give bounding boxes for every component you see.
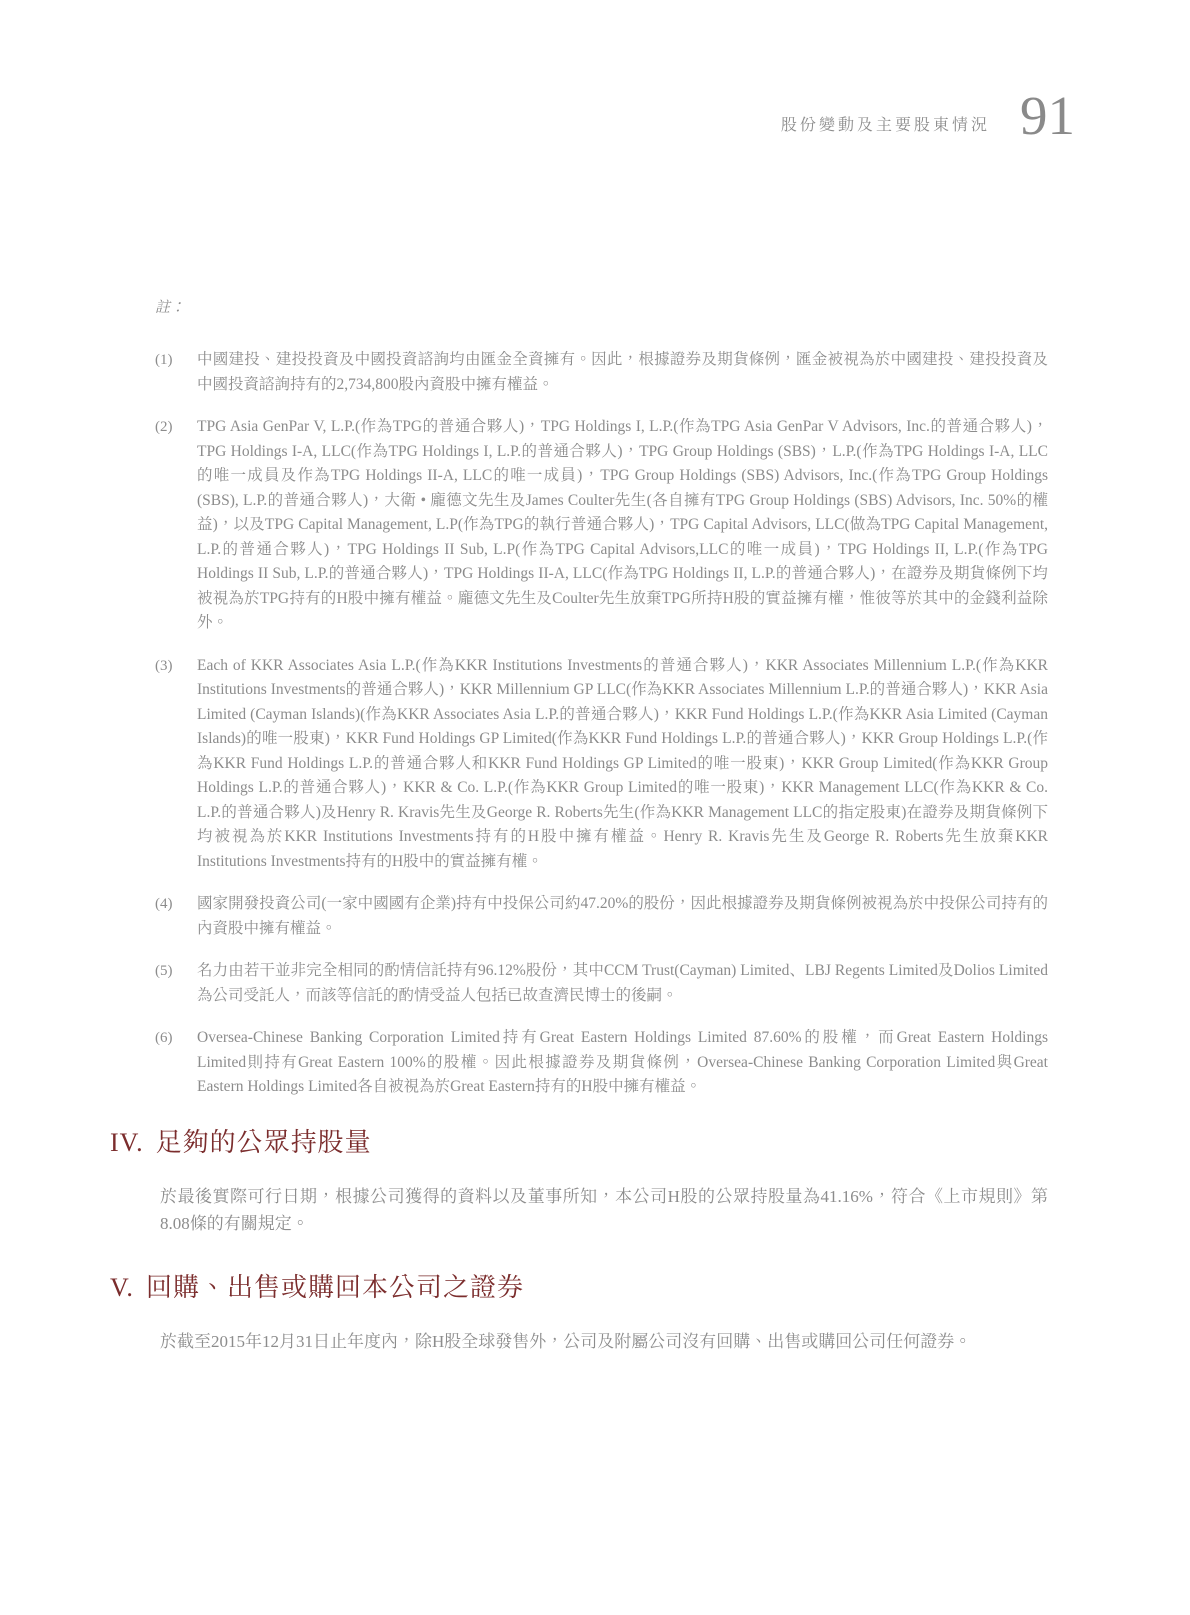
note-number: (4) <box>155 892 197 941</box>
note-number: (1) <box>155 348 197 397</box>
note-item-1: (1) 中國建投、建投投資及中國投資諮詢均由匯金全資擁有。因此，根據證券及期貨條… <box>155 348 1048 397</box>
section-repurchase: V. 回購、出售或購回本公司之證券 於截至2015年12月31日止年度內，除H股… <box>110 1267 1048 1355</box>
page-content: 註： (1) 中國建投、建投投資及中國投資諮詢均由匯金全資擁有。因此，根據證券及… <box>110 296 1048 1385</box>
page-header: 股份變動及主要股東情況 91 <box>781 88 1075 143</box>
note-text: Each of KKR Associates Asia L.P.(作為KKR I… <box>197 654 1048 875</box>
note-item-2: (2) TPG Asia GenPar V, L.P.(作為TPG的普通合夥人)… <box>155 415 1048 636</box>
note-text: 國家開發投資公司(一家中國國有企業)持有中投保公司約47.20%的股份，因此根據… <box>197 892 1048 941</box>
note-item-6: (6) Oversea-Chinese Banking Corporation … <box>155 1026 1048 1100</box>
note-text: 名力由若干並非完全相同的酌情信託持有96.12%股份，其中CCM Trust(C… <box>197 959 1048 1008</box>
section-number: IV. <box>110 1128 144 1158</box>
note-text: TPG Asia GenPar V, L.P.(作為TPG的普通合夥人)，TPG… <box>197 415 1048 636</box>
chapter-title: 股份變動及主要股東情況 <box>781 112 990 135</box>
note-number: (2) <box>155 415 197 636</box>
section-body: 於最後實際可行日期，根據公司獲得的資料以及董事所知，本公司H股的公眾持股量為41… <box>160 1183 1048 1237</box>
note-number: (6) <box>155 1026 197 1100</box>
note-item-3: (3) Each of KKR Associates Asia L.P.(作為K… <box>155 654 1048 875</box>
note-number: (3) <box>155 654 197 875</box>
section-body: 於截至2015年12月31日止年度內，除H股全球發售外，公司及附屬公司沒有回購、… <box>160 1328 1048 1355</box>
section-heading-iv: IV. 足夠的公眾持股量 <box>110 1122 1048 1159</box>
note-text: 中國建投、建投投資及中國投資諮詢均由匯金全資擁有。因此，根據證券及期貨條例，匯金… <box>197 348 1048 397</box>
section-title: 足夠的公眾持股量 <box>156 1122 372 1159</box>
note-number: (5) <box>155 959 197 1008</box>
section-public-float: IV. 足夠的公眾持股量 於最後實際可行日期，根據公司獲得的資料以及董事所知，本… <box>110 1122 1048 1237</box>
section-heading-v: V. 回購、出售或購回本公司之證券 <box>110 1267 1048 1304</box>
section-title: 回購、出售或購回本公司之證券 <box>146 1267 524 1304</box>
section-number: V. <box>110 1273 134 1303</box>
note-item-5: (5) 名力由若干並非完全相同的酌情信託持有96.12%股份，其中CCM Tru… <box>155 959 1048 1008</box>
page-number: 91 <box>1020 88 1075 143</box>
note-text: Oversea-Chinese Banking Corporation Limi… <box>197 1026 1048 1100</box>
note-item-4: (4) 國家開發投資公司(一家中國國有企業)持有中投保公司約47.20%的股份，… <box>155 892 1048 941</box>
notes-label: 註： <box>155 296 1048 317</box>
